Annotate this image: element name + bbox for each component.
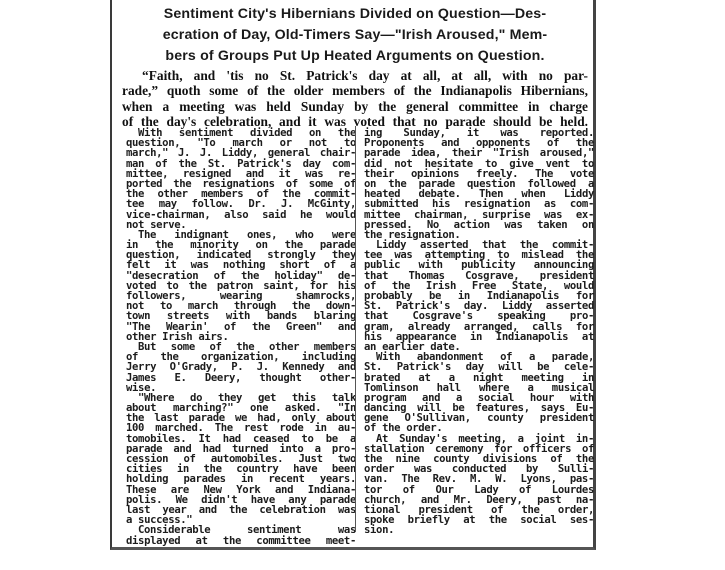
- right-column: ing Sunday, it was reported.Proponents a…: [364, 128, 594, 536]
- lead-line: rade,” quoth some of the older members o…: [122, 83, 588, 98]
- column-line: Considerable sentiment was: [126, 525, 356, 535]
- column-line: spoke briefly at the social ses-: [364, 515, 594, 525]
- lead-line: “Faith, and 'tis no St. Patrick's day at…: [122, 68, 588, 83]
- column-line: submitted his resignation as com-: [364, 199, 594, 209]
- column-line: St. Patrick's day will be cele-: [364, 362, 594, 372]
- headline-line: bers of Groups Put Up Heated Arguments o…: [124, 46, 586, 67]
- lead-paragraph: “Faith, and 'tis no St. Patrick's day at…: [122, 68, 588, 130]
- column-divider: [355, 126, 356, 532]
- column-line: sion.: [364, 525, 594, 535]
- newspaper-clipping: Sentiment City's Hibernians Divided on Q…: [110, 0, 596, 550]
- column-line: tee may follow. Dr. J. McGinty,: [126, 199, 356, 209]
- left-column: With sentiment divided on thequestion, "…: [126, 128, 356, 546]
- column-line: displayed at the committee meet-: [126, 536, 356, 546]
- column-line: James E. Deery, thought other-: [126, 373, 356, 383]
- column-line: Jerry O'Grady, P. J. Kennedy and: [126, 362, 356, 372]
- headline: Sentiment City's Hibernians Divided on Q…: [124, 4, 586, 67]
- headline-line: Sentiment City's Hibernians Divided on Q…: [124, 4, 586, 25]
- lead-line: when a meeting was held Sunday by the ge…: [122, 99, 588, 114]
- headline-line: ecration of Day, Old-Timers Say—"Irish A…: [124, 25, 586, 46]
